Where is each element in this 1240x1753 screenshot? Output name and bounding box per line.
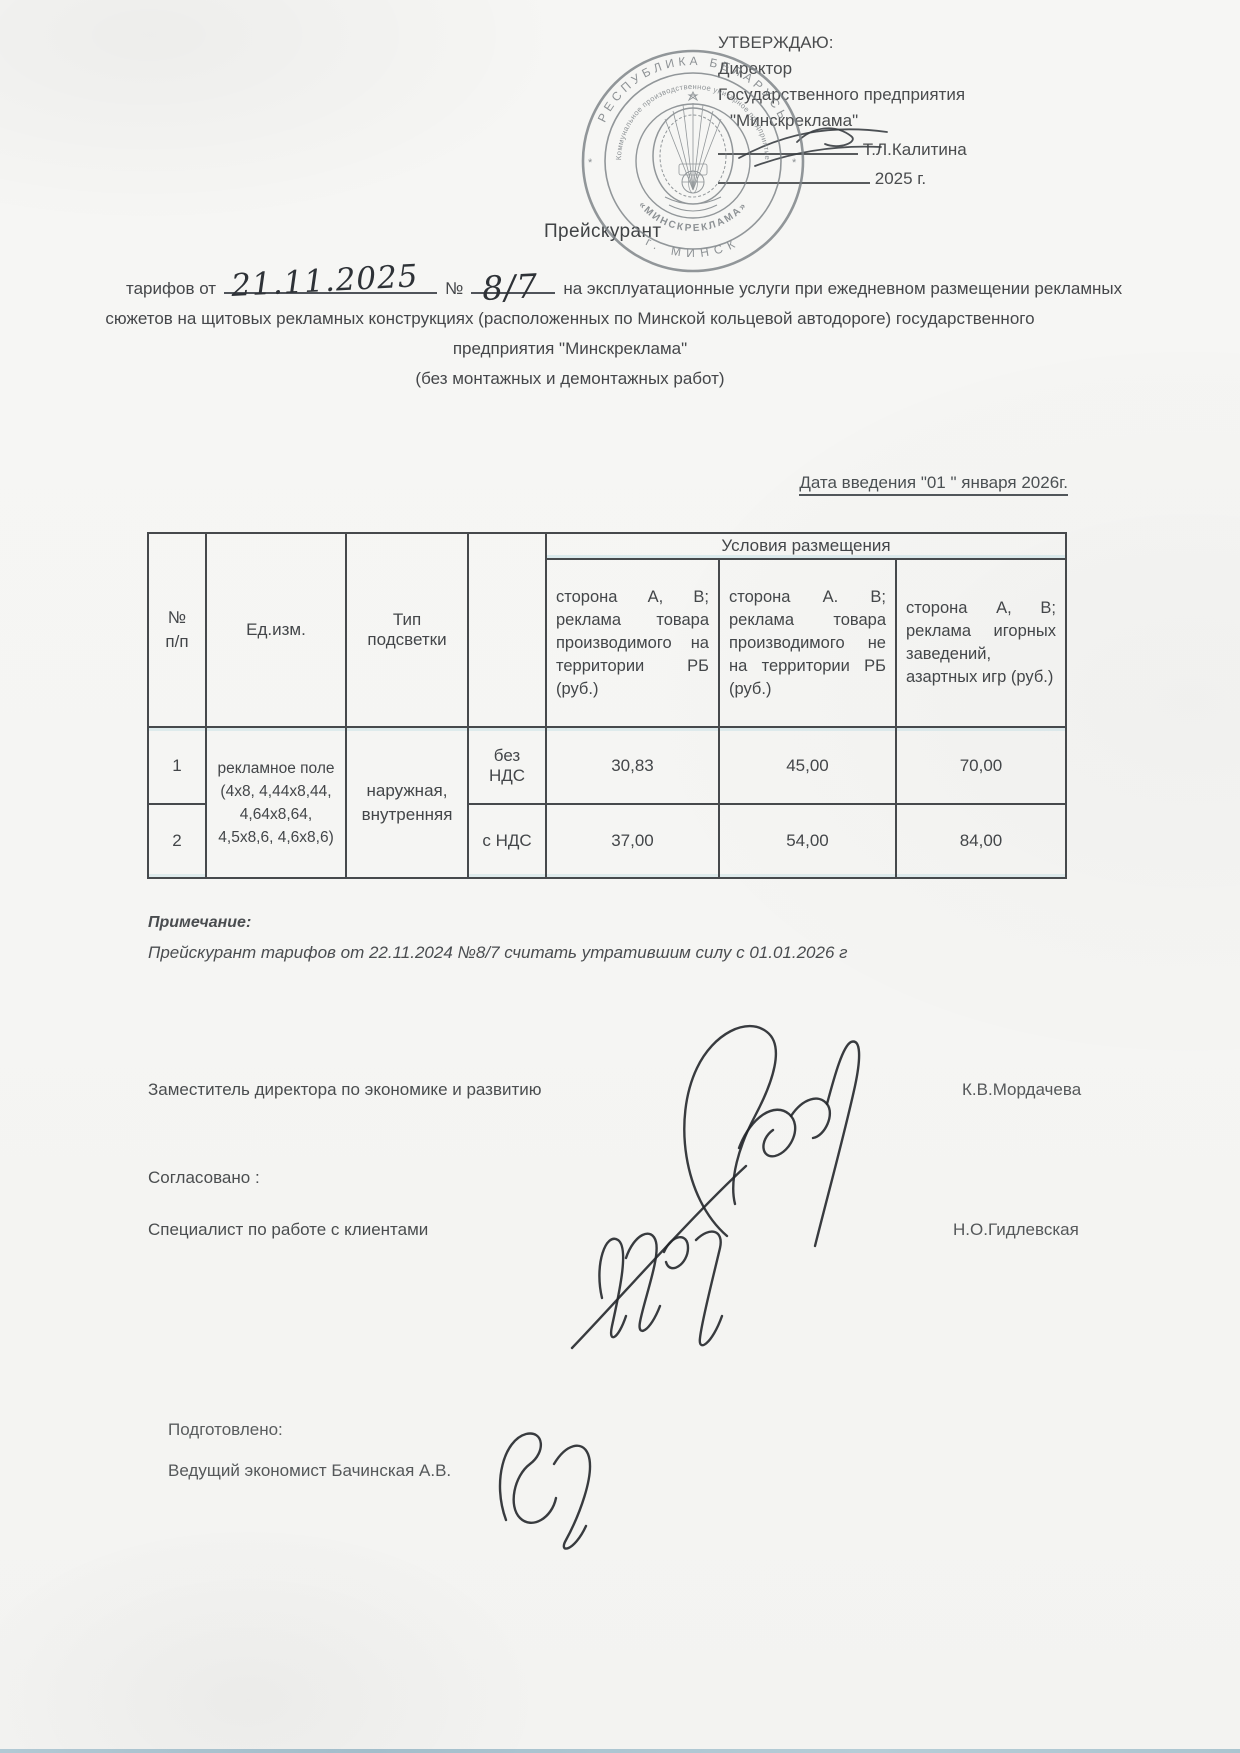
value-side-a: 37,00 xyxy=(546,804,719,878)
tariff-table: № п/п Ед.изм. Тип подсветки Условия разм… xyxy=(147,532,1067,879)
document-title: Прейскурант xyxy=(544,221,661,243)
intro-line-4: (без монтажных и демонтажных работ) xyxy=(76,364,1064,394)
value-side-b: 45,00 xyxy=(719,727,896,804)
value-side-c: 84,00 xyxy=(896,804,1066,878)
approval-org-line: Государственного предприятия xyxy=(718,82,967,108)
intro-prefix: тарифов от xyxy=(126,279,216,298)
signature-line xyxy=(718,137,858,155)
handwritten-number: 8/7 xyxy=(482,271,540,304)
col-header-light: Тип подсветки xyxy=(346,533,468,727)
prepared-label: Подготовлено: xyxy=(168,1420,283,1440)
col-header-side-a: сторона А, В; реклама товара производимо… xyxy=(546,559,719,727)
seal-left-asterisk: * xyxy=(588,157,593,169)
note-block: Примечание: Прейскурант тарифов от 22.11… xyxy=(148,914,848,963)
intro-paragraph: тарифов от21.11.2025№8/7на эксплуатацион… xyxy=(76,274,1064,394)
col-header-side-b: сторона А. В; реклама товара производимо… xyxy=(719,559,896,727)
intro-line1-rest: на эксплуатационные услуги при ежедневно… xyxy=(563,279,1122,298)
unit-cell: рекламное поле (4x8, 4,44x8,44, 4,64x8,6… xyxy=(206,727,346,878)
scanned-document-page: УТВЕРЖДАЮ: Директор Государственного пре… xyxy=(0,0,1240,1753)
prepared-by: Ведущий экономист Бачинская А.В. xyxy=(168,1461,451,1481)
vat-cell: без НДС xyxy=(468,727,546,804)
approval-signer-name: Т.Л.Калитина xyxy=(863,140,967,159)
specialist-role: Специалист по работе с клиентами xyxy=(148,1220,428,1240)
intro-line-2: сюжетов на щитовых рекламных конструкция… xyxy=(76,304,1064,334)
row-number: 2 xyxy=(148,804,206,878)
deputy-director-signature xyxy=(655,998,867,1256)
date-line xyxy=(718,166,870,184)
intro-line-1: тарифов от21.11.2025№8/7на эксплуатацион… xyxy=(76,274,1064,304)
approval-label: УТВЕРЖДАЮ: xyxy=(718,30,967,56)
note-label: Примечание: xyxy=(148,914,848,932)
light-type-cell: наружная, внутренняя xyxy=(346,727,468,878)
deputy-director-name: К.В.Мордачева xyxy=(962,1080,1081,1100)
value-side-b: 54,00 xyxy=(719,804,896,878)
approval-year: 2025 г. xyxy=(875,169,926,188)
table-row: 1 рекламное поле (4x8, 4,44x8,44, 4,64x8… xyxy=(148,727,1066,804)
number-blank-line: 8/7 xyxy=(471,275,555,294)
scan-edge-artifact xyxy=(0,1749,1240,1753)
effective-date: Дата введения "01 " января 2026г. xyxy=(799,473,1068,496)
date-blank-line: 21.11.2025 xyxy=(224,275,437,294)
number-sign-label: № xyxy=(445,279,463,298)
intro-line-3: предприятия "Минскреклама" xyxy=(76,334,1064,364)
value-side-c: 70,00 xyxy=(896,727,1066,804)
row-number: 1 xyxy=(148,727,206,804)
specialist-name: Н.О.Гидлевская xyxy=(953,1220,1079,1240)
value-side-a: 30,83 xyxy=(546,727,719,804)
approval-block: УТВЕРЖДАЮ: Директор Государственного пре… xyxy=(718,30,967,192)
approval-org-name: "Минскреклама" xyxy=(718,108,967,134)
deputy-director-role: Заместитель директора по экономике и раз… xyxy=(148,1080,542,1100)
approval-signature-row: Т.Л.Калитина xyxy=(718,137,967,163)
handwritten-date: 21.11.2025 xyxy=(231,261,420,301)
col-header-num: № п/п xyxy=(148,533,206,727)
approval-date-row: 2025 г. xyxy=(718,166,967,192)
specialist-signature xyxy=(560,1148,762,1366)
col-header-vat-blank xyxy=(468,533,546,727)
agreed-label: Согласовано : xyxy=(148,1168,260,1188)
approval-position: Директор xyxy=(718,56,967,82)
economist-signature xyxy=(476,1418,608,1560)
col-group-conditions: Условия размещения xyxy=(546,533,1066,559)
vat-cell: с НДС xyxy=(468,804,546,878)
col-header-side-c: сторона А, В; реклама игорных заведений,… xyxy=(896,559,1066,727)
col-header-unit: Ед.изм. xyxy=(206,533,346,727)
note-text: Прейскурант тарифов от 22.11.2024 №8/7 с… xyxy=(148,943,848,963)
